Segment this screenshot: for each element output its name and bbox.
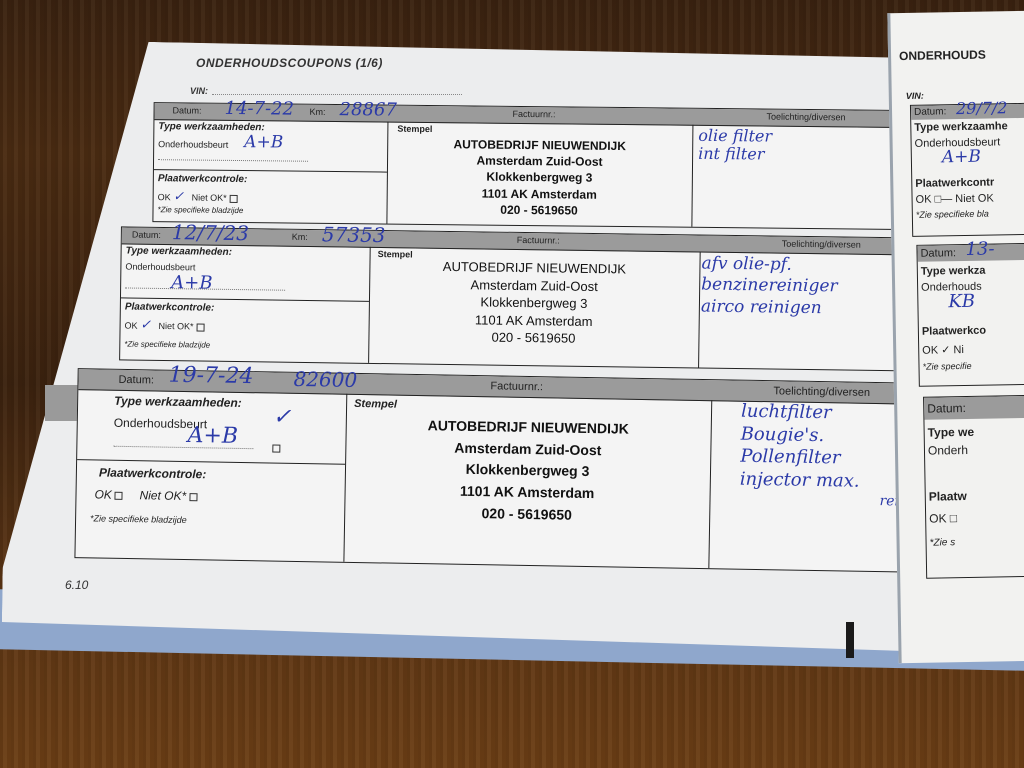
checkbox bbox=[115, 492, 123, 500]
date-value: 19-7-24 bbox=[168, 363, 253, 389]
facing-coupon-3: Datum: Type we Onderh Plaatw OK □ *Zie s bbox=[923, 394, 1024, 578]
km-value: 82600 bbox=[293, 367, 357, 392]
date-value: 12/7/23 bbox=[172, 220, 249, 245]
checkbox bbox=[196, 323, 204, 331]
coupon-1: Datum: Km: Factuurnr.: Toelichting/diver… bbox=[152, 102, 895, 230]
facing-coupon-2: Datum: 13- Type werkza Onderhouds KB Pla… bbox=[916, 242, 1024, 386]
stamp-section: Stempel AUTOBEDRIJF NIEUWENDIJK Amsterda… bbox=[386, 122, 693, 227]
work-type-section: Type werkzaamheden: Onderhoudsbeurt A+B … bbox=[153, 119, 388, 223]
vin-label: VIN: bbox=[190, 86, 208, 96]
km-value: 28867 bbox=[339, 99, 396, 121]
coupon-3: Datum: Factuurnr.: Toelichting/diversen … bbox=[74, 368, 984, 574]
stamp-section: Stempel AUTOBEDRIJF NIEUWENDIJK Amsterda… bbox=[368, 247, 701, 368]
page-number: 6.10 bbox=[65, 578, 88, 592]
coupon-2: Datum: Km: Factuurnr.: Toelichting/diver… bbox=[119, 226, 923, 371]
checkbox bbox=[230, 195, 238, 203]
checkbox bbox=[272, 445, 280, 453]
facing-page: ONDERHOUDS VIN: Datum: 29/7/2 Type werkz… bbox=[887, 11, 1024, 663]
date-value: 14-7-22 bbox=[224, 98, 294, 120]
vin-line bbox=[212, 94, 462, 95]
notes-section: olie filter int filter bbox=[691, 125, 894, 229]
dealer-stamp: AUTOBEDRIJF NIEUWENDIJK Amsterdam Zuid-O… bbox=[344, 414, 711, 529]
work-type-section: Type werkzaamheden: Onderhoudsbeurt A+B … bbox=[75, 389, 347, 562]
work-type-section: Type werkzaamheden: Onderhoudsbeurt A+B … bbox=[120, 243, 371, 362]
checkbox bbox=[189, 493, 197, 501]
facing-coupon-1: Datum: 29/7/2 Type werkzaamhe Onderhouds… bbox=[910, 102, 1024, 236]
notes-section: afv olie-pf. benzinereiniger airco reini… bbox=[698, 251, 922, 370]
stamp-section: Stempel AUTOBEDRIJF NIEUWENDIJK Amsterda… bbox=[343, 394, 712, 568]
dealer-stamp: AUTOBEDRIJF NIEUWENDIJK Amsterdam Zuid-O… bbox=[368, 257, 699, 349]
dealer-stamp: AUTOBEDRIJF NIEUWENDIJK Amsterdam Zuid-O… bbox=[386, 136, 692, 220]
page-title: ONDERHOUDSCOUPONS (1/6) bbox=[196, 56, 383, 70]
ribbon-bookmark bbox=[846, 622, 854, 658]
km-value: 57353 bbox=[322, 222, 386, 247]
